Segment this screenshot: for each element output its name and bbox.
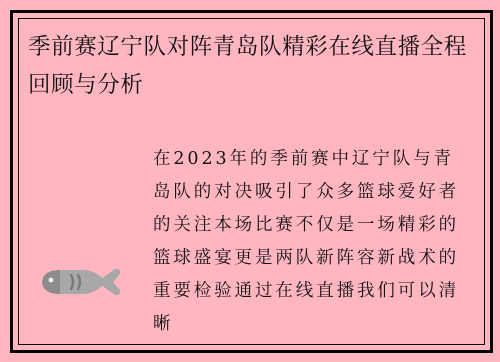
fish-icon	[41, 262, 121, 302]
article-title[interactable]: 季前赛辽宁队对阵青岛队精彩在线直播全程回顾与分析	[28, 28, 468, 104]
article-excerpt: 在2023年的季前赛中辽宁队与青岛队的对决吸引了众多篮球爱好者的关注本场比赛不仅…	[153, 143, 473, 341]
